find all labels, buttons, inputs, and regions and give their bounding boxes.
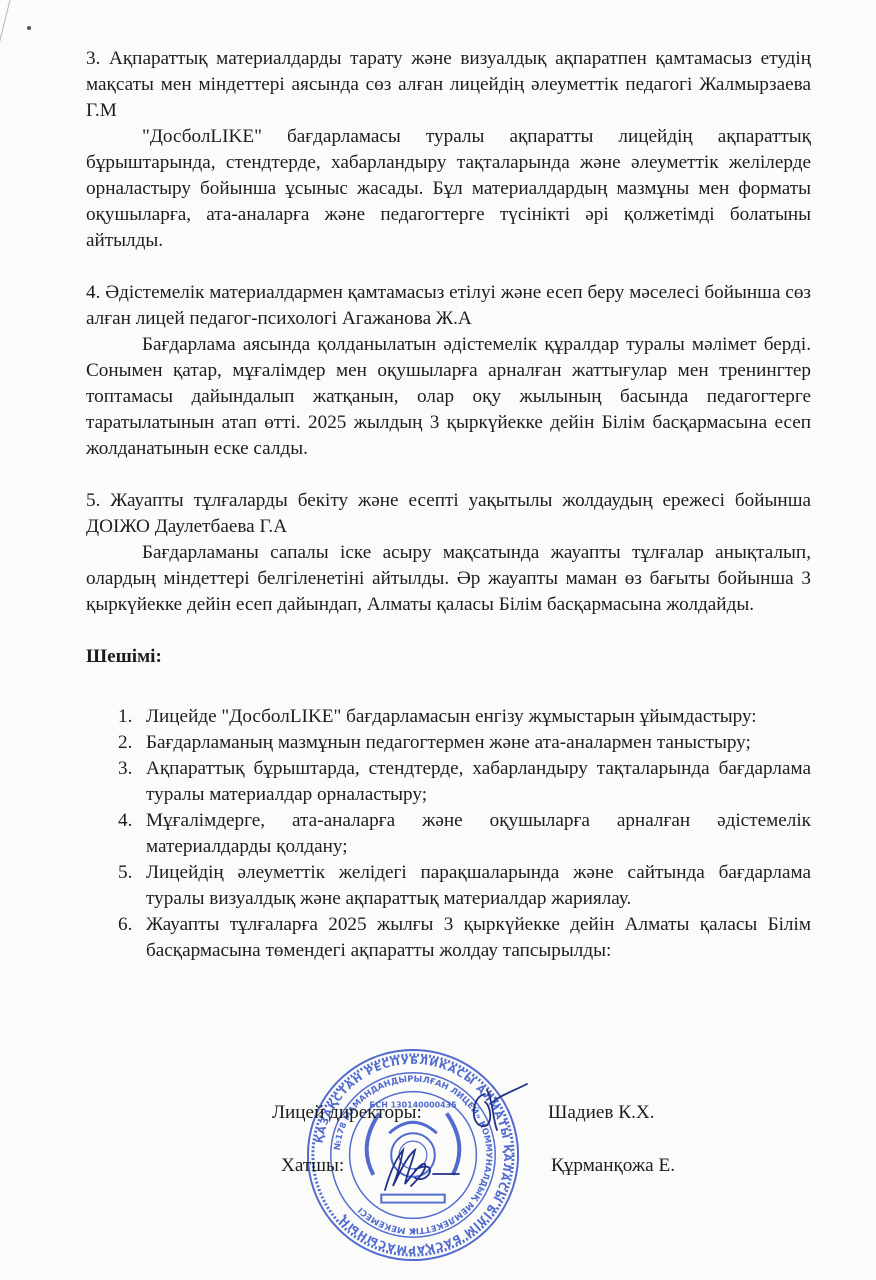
section-5-body: Бағдарламаны сапалы іске асыру мақсатынд… bbox=[86, 540, 811, 618]
decision-number: 5. bbox=[118, 860, 132, 886]
document-body: 3. Ақпараттық материалдарды тарату және … bbox=[86, 46, 811, 964]
section-4: 4. Әдістемелік материалдармен қамтамасыз… bbox=[86, 280, 811, 462]
spacer bbox=[86, 254, 811, 280]
decision-item: 6. Жауапты тұлғаларға 2025 жылғы 3 қыркү… bbox=[146, 912, 811, 964]
director-label: Лицей директоры: bbox=[272, 1102, 422, 1124]
section-4-title: 4. Әдістемелік материалдармен қамтамасыз… bbox=[86, 280, 811, 332]
scan-speck bbox=[27, 26, 31, 30]
decision-number: 6. bbox=[118, 912, 132, 938]
section-3-body: "ДосболLIKE" бағдарламасы туралы ақпарат… bbox=[86, 124, 811, 254]
director-name: Шадиев К.Х. bbox=[548, 1102, 655, 1124]
decision-number: 4. bbox=[118, 808, 132, 834]
decision-item: 5. Лицейдің әлеуметтік желідегі парақшал… bbox=[146, 860, 811, 912]
decision-text: Лицейде "ДосболLIKE" бағдарламасын енгіз… bbox=[146, 706, 757, 727]
section-5-title: 5. Жауапты тұлғаларды бекіту және есепті… bbox=[86, 488, 811, 540]
svg-text:★: ★ bbox=[409, 1226, 418, 1237]
decision-item: 2. Бағдарламаның мазмұнын педагогтермен … bbox=[146, 730, 811, 756]
secretary-signature-icon bbox=[365, 1140, 475, 1200]
section-4-body: Бағдарлама аясында қолданылатын әдістеме… bbox=[86, 332, 811, 462]
section-3: 3. Ақпараттық материалдарды тарату және … bbox=[86, 46, 811, 254]
section-3-title: 3. Ақпараттық материалдарды тарату және … bbox=[86, 46, 811, 124]
decision-list: 1. Лицейде "ДосболLIKE" бағдарламасын ен… bbox=[86, 704, 811, 964]
director-signature-icon bbox=[465, 1082, 535, 1140]
spacer bbox=[86, 462, 811, 488]
section-5: 5. Жауапты тұлғаларды бекіту және есепті… bbox=[86, 488, 811, 618]
decision-heading: Шешімі: bbox=[86, 644, 811, 670]
decision-item: 3. Ақпараттық бұрыштарда, стендтерде, ха… bbox=[146, 756, 811, 808]
decision-text: Жауапты тұлғаларға 2025 жылғы 3 қыркүйек… bbox=[146, 914, 811, 961]
decision-item: 4. Мұғалімдерге, ата-аналарға және оқушы… bbox=[146, 808, 811, 860]
decision-text: Мұғалімдерге, ата-аналарға және оқушылар… bbox=[146, 810, 811, 857]
decision-number: 3. bbox=[118, 756, 132, 782]
decision-item: 1. Лицейде "ДосболLIKE" бағдарламасын ен… bbox=[146, 704, 811, 730]
secretary-name: Құрманқожа Е. bbox=[551, 1155, 675, 1177]
decision-number: 1. bbox=[118, 704, 132, 730]
decision-number: 2. bbox=[118, 730, 132, 756]
decision-text: Ақпараттық бұрыштарда, стендтерде, хабар… bbox=[146, 758, 811, 805]
scan-page-edge bbox=[0, 0, 13, 97]
decision-text: Лицейдің әлеуметтік желідегі парақшалары… bbox=[146, 862, 811, 909]
secretary-label: Хатшы: bbox=[281, 1155, 344, 1177]
decision-text: Бағдарламаның мазмұнын педагогтермен жән… bbox=[146, 732, 751, 753]
